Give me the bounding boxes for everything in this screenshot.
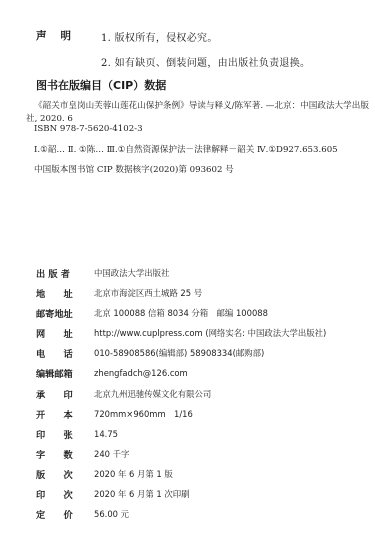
- info-label: 印 次: [36, 487, 94, 501]
- info-row-price: 定 价 56.00 元: [36, 504, 129, 524]
- info-row-phone: 电 话 010-58908586(编辑部) 58908334(邮购部): [36, 343, 264, 363]
- info-label: 印 张: [36, 427, 94, 441]
- cip-title: 图书在版编目（CIP）数据: [36, 77, 166, 93]
- cip-line-record-number: 中国版本图书馆 CIP 数据核字(2020)第 093602 号: [34, 163, 234, 175]
- info-row-printing: 印 次 2020 年 6 月第 1 次印刷: [36, 484, 190, 504]
- info-value: 56.00 元: [94, 508, 129, 520]
- info-value: 14.75: [94, 429, 118, 439]
- declaration-item-1: 1. 版权所有，侵权必究。: [101, 29, 218, 44]
- info-value: 240 千字: [94, 448, 129, 460]
- info-label: 字 数: [36, 447, 94, 461]
- declaration-label-char1: 声: [36, 30, 47, 42]
- info-value: 北京 100088 信箱 8034 分箱 邮编 100088: [94, 307, 268, 319]
- info-row-editorial-email: 编辑邮箱 zhengfadch@126.com: [36, 363, 188, 383]
- cip-line-classification: Ⅰ.①韶… Ⅱ. ①陈… Ⅲ.①自然资源保护法－法律解释－韶关 Ⅳ.①D927.…: [34, 143, 338, 155]
- info-row-printed-sheets: 印 张 14.75: [36, 424, 118, 444]
- info-value: 北京九州迅驰传媒文化有限公司: [94, 388, 211, 400]
- cip-line-title: 《韶关市皇岗山芙蓉山莲花山保护条例》导读与释义/陈军著. —北京：中国政法大学出…: [34, 99, 369, 111]
- info-label: 编辑邮箱: [36, 366, 94, 380]
- info-row-website: 网 址 http://www.cuplpress.com (网络实名: 中国政法…: [36, 323, 326, 343]
- info-row-format: 开 本 720mm×960mm 1/16: [36, 404, 193, 424]
- info-label: 地 址: [36, 286, 94, 300]
- info-value: 中国政法大学出版社: [94, 267, 169, 279]
- info-label: 出 版 者: [36, 266, 94, 280]
- info-row-mailing-address: 邮寄地址 北京 100088 信箱 8034 分箱 邮编 100088: [36, 303, 268, 323]
- declaration-label: 声明: [36, 28, 71, 43]
- info-label: 承 印: [36, 387, 94, 401]
- info-value: http://www.cuplpress.com (网络实名: 中国政法大学出版…: [94, 327, 326, 339]
- info-label: 电 话: [36, 346, 94, 360]
- info-label: 版 次: [36, 467, 94, 481]
- info-label: 开 本: [36, 407, 94, 421]
- info-row-printer: 承 印 北京九州迅驰传媒文化有限公司: [36, 384, 211, 404]
- info-row-word-count: 字 数 240 千字: [36, 444, 129, 464]
- cip-line-publisher-year: 社, 2020. 6: [26, 112, 73, 124]
- declaration-label-char2: 明: [61, 30, 72, 42]
- info-value: zhengfadch@126.com: [94, 368, 188, 378]
- info-row-address: 地 址 北京市海淀区西土城路 25 号: [36, 283, 202, 303]
- info-value: 2020 年 6 月第 1 次印刷: [94, 488, 190, 500]
- info-label: 邮寄地址: [36, 306, 94, 320]
- declaration-item-2: 2. 如有缺页、倒装问题，由出版社负责退换。: [101, 54, 310, 69]
- info-label: 定 价: [36, 507, 94, 521]
- cip-line-isbn: ISBN 978-7-5620-4102-3: [34, 124, 143, 134]
- info-row-publisher: 出 版 者 中国政法大学出版社: [36, 263, 169, 283]
- info-value: 010-58908586(编辑部) 58908334(邮购部): [94, 347, 264, 359]
- info-value: 720mm×960mm 1/16: [94, 408, 193, 420]
- info-label: 网 址: [36, 326, 94, 340]
- info-value: 北京市海淀区西土城路 25 号: [94, 287, 202, 299]
- info-row-edition: 版 次 2020 年 6 月第 1 版: [36, 464, 173, 484]
- info-value: 2020 年 6 月第 1 版: [94, 468, 173, 480]
